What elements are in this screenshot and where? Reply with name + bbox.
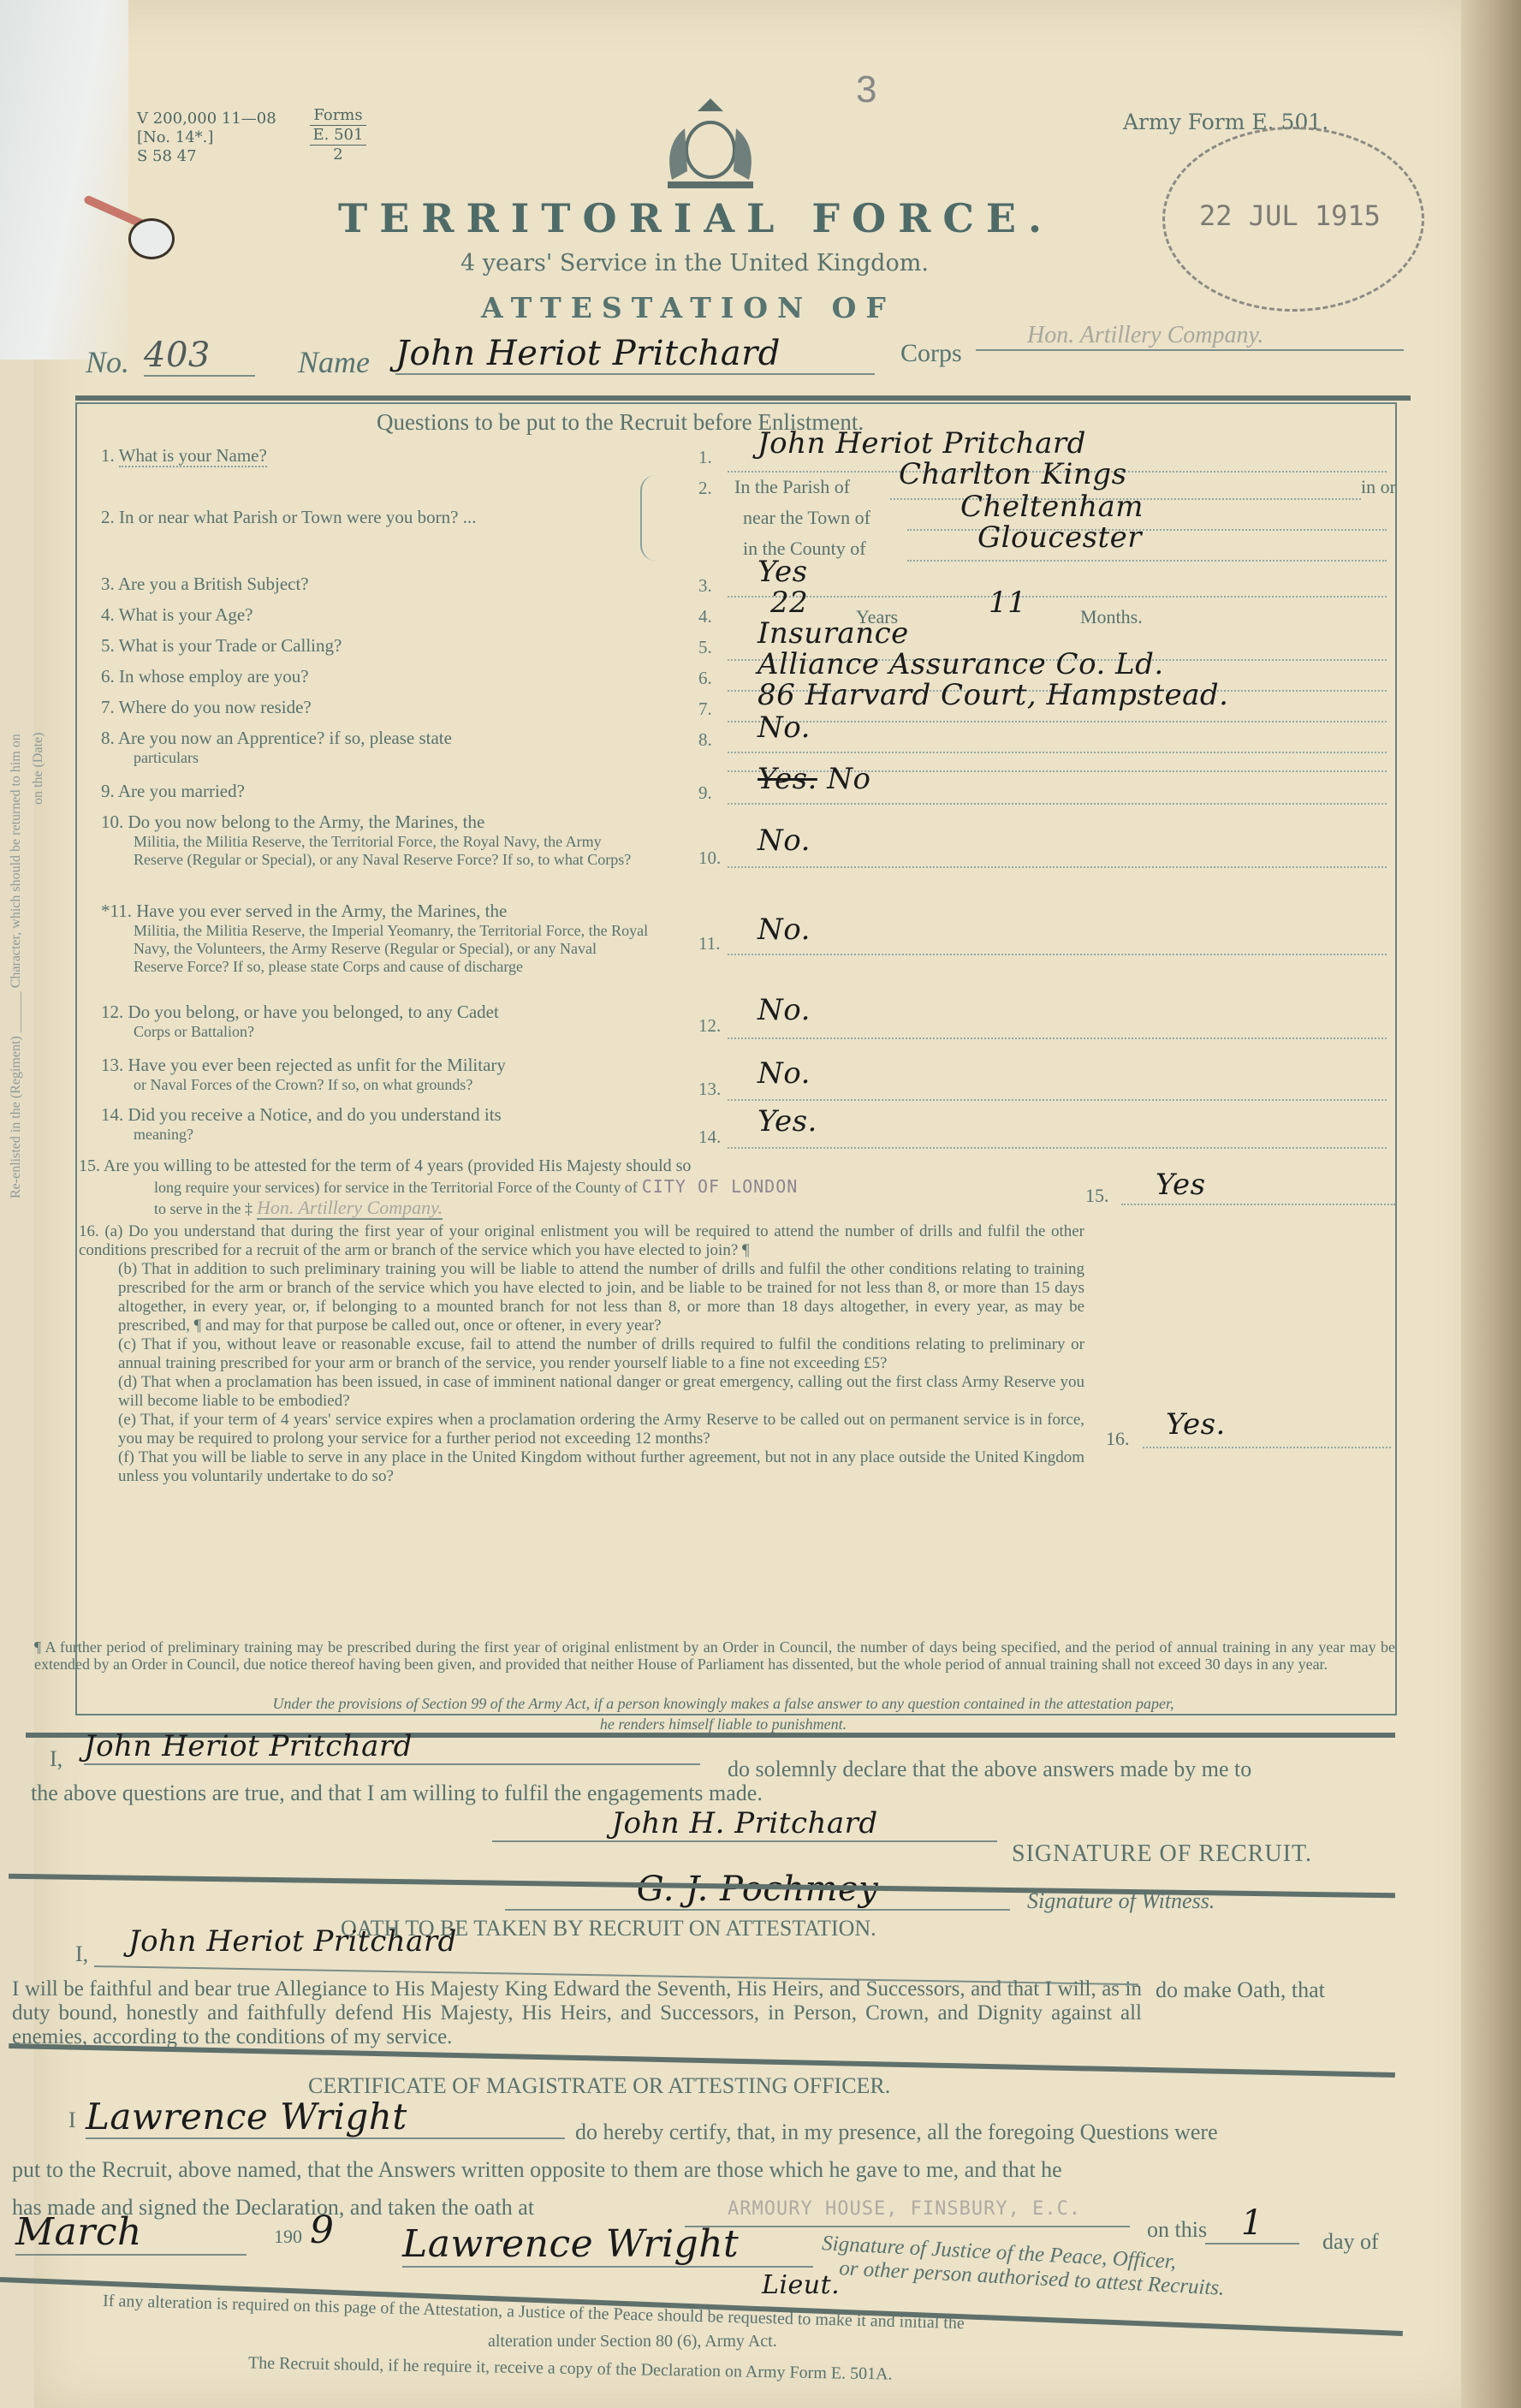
parish-label: In the Parish of: [734, 476, 850, 498]
margin-note-date: on the (Date): [31, 733, 46, 805]
answer-parish: Charlton Kings: [899, 457, 1127, 491]
false-answer-warning: Under the provisions of Section 99 of th…: [90, 1693, 1357, 1734]
question-12: 12. Do you belong, or have you belonged,…: [101, 1002, 649, 1041]
number-label: No.: [86, 344, 129, 380]
question-6: 6. In whose employ are you?: [101, 666, 649, 687]
answer-line: [728, 952, 1387, 955]
question-1: 1. What is your Name?: [101, 445, 649, 467]
answer-number: 12.: [698, 1015, 721, 1037]
question-9: 9. Are you married?: [101, 781, 649, 802]
answer-line: [728, 801, 1387, 805]
corrected-answer: No: [827, 762, 870, 796]
question-8: 8. Are you now an Apprentice? if so, ple…: [101, 728, 649, 767]
certificate-prefix: I: [68, 2108, 76, 2133]
corps-label: Corps: [900, 339, 962, 368]
question-14: 14. Did you receive a Notice, and do you…: [101, 1104, 649, 1144]
answer-number: 13.: [698, 1079, 721, 1100]
attesting-officer-name: Lawrence Wright: [86, 2096, 565, 2139]
answer-number: 4.: [698, 606, 712, 627]
print-code: V 200,000 11—08 [No. 14*.] S 58 47: [137, 110, 276, 166]
forms-middle: E. 501: [310, 126, 366, 146]
pencil-page-number: 3: [856, 68, 876, 111]
answer-number: 8.: [698, 729, 712, 751]
answer-15: Yes: [1156, 1168, 1206, 1202]
answer-14: Yes.: [758, 1104, 817, 1139]
number-value: 403: [144, 336, 255, 377]
answer-line: [1143, 1447, 1391, 1448]
footer-note: alteration under Section 80 (6), Army Ac…: [488, 2332, 777, 2352]
answer-number: 14.: [698, 1127, 721, 1148]
question-10: 10. Do you now belong to the Army, the M…: [101, 812, 649, 869]
answer-6: Alliance Assurance Co. Ld.: [758, 647, 1164, 681]
months-label: Months.: [1080, 606, 1143, 628]
answer-number: 6.: [698, 668, 712, 689]
punch-hole-icon: [128, 218, 175, 259]
answer-11: No.: [758, 913, 811, 947]
struck-answer: Yes.: [758, 762, 817, 796]
answer-7: 86 Harvard Court, Hampstead.: [758, 678, 1228, 712]
unit-stamp: Hon. Artillery Company.: [257, 1197, 443, 1220]
forms-bottom: 2: [310, 146, 366, 164]
warning-line: Under the provisions of Section 99 of th…: [90, 1693, 1357, 1714]
print-code-line: V 200,000 11—08: [137, 110, 276, 128]
received-stamp: 22 JUL 1915: [1162, 127, 1424, 312]
declaration-prefix: I,: [50, 1746, 62, 1772]
margin-note-text: Re-enlisted in the (Regiment): [9, 1036, 23, 1198]
certificate-text: do hereby certify, that, in my presence,…: [575, 2120, 1218, 2145]
answer-10: No.: [758, 823, 811, 858]
oath-name: John Heriot Pritchard: [128, 1924, 457, 1959]
answer-line: [728, 1036, 1387, 1039]
corps-value: Hon. Artillery Company.: [976, 322, 1404, 351]
question-16c: (c) That if you, without leave or reason…: [79, 1335, 1084, 1373]
training-footnote: ¶ A further period of preliminary traini…: [34, 1638, 1395, 1673]
answer-line: [728, 865, 1387, 868]
answer-9: Yes. No: [758, 762, 870, 796]
county-stamp: CITY OF LONDON: [642, 1176, 799, 1197]
question-16e: (e) That, if your term of 4 years' servi…: [79, 1411, 1084, 1448]
answer-number: 1.: [698, 447, 712, 468]
answer-8: No.: [758, 711, 811, 745]
recruit-signature-label: SIGNATURE OF RECRUIT.: [1012, 1840, 1312, 1868]
answer-number: 9.: [698, 782, 712, 804]
question-2: 2. In or near what Parish or Town were y…: [101, 507, 649, 528]
brace: [640, 475, 656, 561]
question-16d: (d) That when a proclamation has been is…: [79, 1373, 1084, 1411]
attestation-day: 1: [1205, 2203, 1299, 2244]
question-7: 7. Where do you now reside?: [101, 697, 649, 718]
in-or-label: in or: [1361, 476, 1396, 498]
answer-line: [728, 719, 1387, 722]
answer-number: 2.: [698, 478, 712, 499]
answer-number: 11.: [698, 933, 720, 954]
year-suffix: 9: [310, 2209, 335, 2252]
answer-line: [1121, 1204, 1395, 1205]
question-4: 4. What is your Age?: [101, 604, 649, 626]
declaration-text: do solemnly declare that the above answe…: [728, 1757, 1251, 1782]
answer-number: 10.: [698, 847, 721, 869]
answer-line: [728, 750, 1387, 753]
answer-number: 3.: [698, 575, 712, 597]
answer-12: No.: [758, 993, 811, 1027]
declaration-name: John Heriot Pritchard: [84, 1729, 700, 1765]
officer-rank: Lieut.: [762, 2270, 840, 2300]
page-left-edge: [0, 0, 128, 360]
recruit-name: John Heriot Pritchard: [395, 334, 875, 375]
answer-16: Yes.: [1166, 1407, 1226, 1442]
margin-note: Re-enlisted in the (Regiment) ______ Cha…: [9, 734, 24, 1198]
question-3: 3. Are you a British Subject?: [101, 574, 649, 595]
answer-1: John Heriot Pritchard: [758, 426, 1086, 461]
attestation-heading: ATTESTATION OF: [481, 291, 895, 324]
attesting-officer-signature: Lawrence Wright: [402, 2222, 813, 2268]
answer-county: Gloucester: [977, 520, 1142, 555]
question-15: 15. Are you willing to be attested for t…: [79, 1156, 1089, 1219]
recruit-signature: John H. Pritchard: [492, 1806, 997, 1842]
answer-line: [728, 1097, 1387, 1101]
question-13: 13. Have you ever been rejected as unfit…: [101, 1055, 649, 1094]
form-title: TERRITORIAL FORCE.: [338, 195, 1054, 241]
attestation-month: March: [15, 2210, 247, 2256]
on-this-label: on this: [1147, 2217, 1207, 2243]
margin-note-text: Character, which should be returned to h…: [9, 734, 23, 988]
answer-age-years: 22: [770, 586, 808, 620]
form-subtitle: 4 years' Service in the United Kingdom.: [460, 250, 929, 276]
town-label: near the Town of: [743, 507, 870, 529]
answer-3: Yes: [758, 555, 808, 589]
oath-prefix: I,: [75, 1941, 88, 1967]
answer-age-months: 11: [989, 586, 1026, 620]
answer-13: No.: [758, 1056, 811, 1091]
divider: [75, 395, 1411, 401]
question-16: 16. (a) Do you understand that during th…: [79, 1222, 1084, 1486]
answer-5: Insurance: [758, 616, 909, 651]
place-stamp: ARMOURY HOUSE, FINSBURY, E.C.: [728, 2198, 1081, 2220]
answer-line: [728, 1145, 1387, 1149]
answer-number: 5.: [698, 637, 712, 658]
year-prefix: 190: [274, 2226, 302, 2248]
answer-town: Cheltenham: [960, 490, 1144, 524]
question-16b: (b) That in addition to such preliminary…: [79, 1260, 1084, 1335]
oath-text: I will be faithful and bear true Allegia…: [12, 1977, 1142, 2049]
name-label: Name: [298, 344, 370, 380]
print-code-line: [No. 14*.]: [137, 128, 276, 147]
day-of-label: day of: [1322, 2229, 1379, 2255]
royal-coat-of-arms-icon: [646, 86, 775, 197]
question-16f: (f) That you will be liable to serve in …: [79, 1448, 1084, 1486]
answer-number: 15.: [1085, 1185, 1109, 1207]
forms-top: Forms: [310, 106, 366, 126]
forms-fraction: Forms E. 501 2: [310, 106, 366, 164]
stamp-date: 22 JUL 1915: [1199, 199, 1381, 232]
answer-number: 16.: [1106, 1428, 1130, 1450]
binder-edge: [1461, 0, 1521, 2408]
answer-number: 7.: [698, 699, 712, 720]
print-code-line: S 58 47: [137, 147, 276, 166]
certificate-text: put to the Recruit, above named, that th…: [12, 2157, 1062, 2183]
declaration-text: the above questions are true, and that I…: [31, 1781, 763, 1806]
question-11: *11. Have you ever served in the Army, t…: [101, 901, 649, 976]
oath-body: I will be faithful and bear true Allegia…: [12, 1977, 1381, 2049]
answer-line: [907, 560, 1387, 562]
answer-line: [728, 594, 1387, 598]
question-5: 5. What is your Trade or Calling?: [101, 635, 649, 657]
